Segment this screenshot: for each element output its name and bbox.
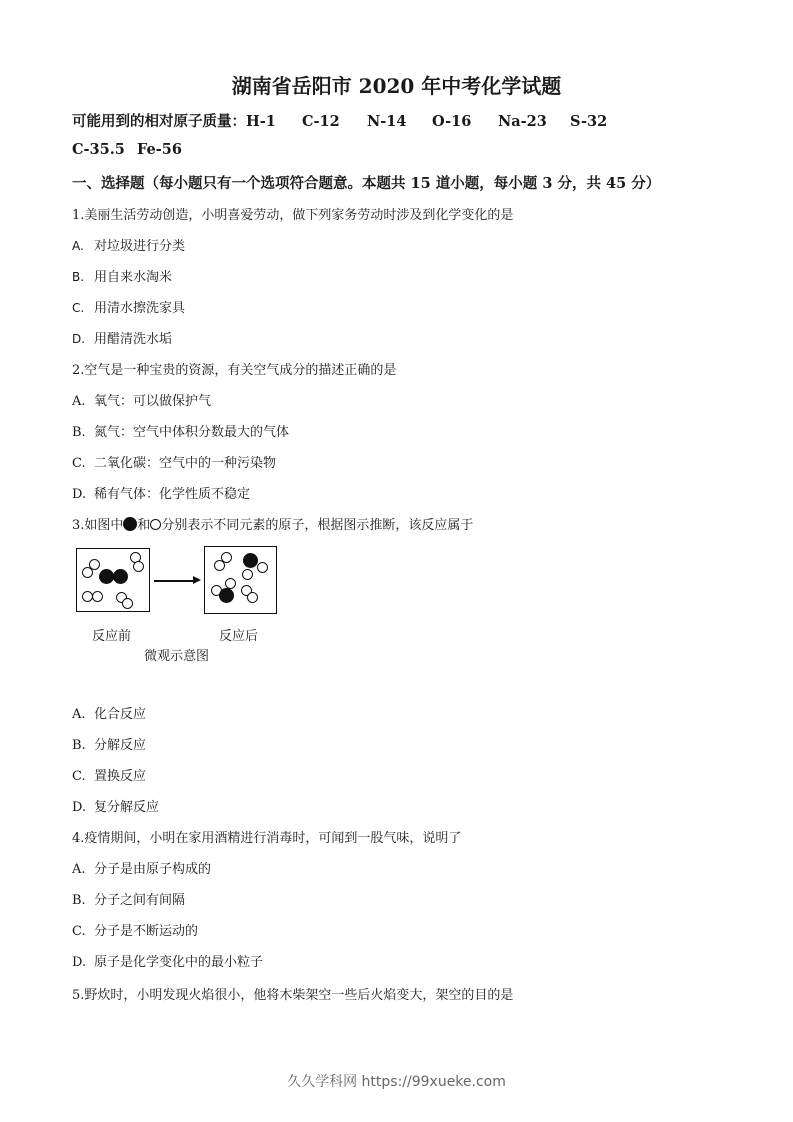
question-2-option-c[interactable]: C.二氧化碳：空气中的一种污染物 xyxy=(72,452,276,471)
question-4-option-b[interactable]: B.分子之间有间隔 xyxy=(72,889,185,908)
after-reaction-box xyxy=(204,546,277,614)
question-5-stem: 5.野炊时，小明发现火焰很小，他将木柴架空一些后火焰变大，架空的目的是 xyxy=(72,984,513,1003)
before-label: 反应前 xyxy=(92,625,131,644)
white-atom-icon xyxy=(133,561,144,572)
question-3-option-c[interactable]: C.置换反应 xyxy=(72,765,146,784)
atomic-mass-value: Fe-56 xyxy=(137,141,182,158)
atomic-mass-value: H-1 xyxy=(246,113,302,130)
question-1-option-b[interactable]: B.用自来水淘米 xyxy=(72,266,172,285)
white-atom-icon xyxy=(247,592,258,603)
black-atom-icon xyxy=(123,517,137,531)
black-atom-icon xyxy=(113,569,128,584)
question-2-stem: 2.空气是一种宝贵的资源，有关空气成分的描述正确的是 xyxy=(72,359,396,378)
question-2-option-d[interactable]: D.稀有气体：化学性质不稳定 xyxy=(72,483,250,502)
atomic-mass-row-2: C-35.5Fe-56 xyxy=(72,141,182,158)
reaction-arrow xyxy=(154,580,194,582)
white-atom-icon xyxy=(150,519,161,530)
atomic-mass-value: C-35.5 xyxy=(72,141,137,158)
white-atom-icon xyxy=(257,562,268,573)
atomic-mass-value: Na-23 xyxy=(498,113,570,130)
question-1-stem: 1.美丽生活劳动创造，小明喜爱劳动，做下列家务劳动时涉及到化学变化的是 xyxy=(72,204,513,223)
atomic-mass-value: O-16 xyxy=(432,113,498,130)
atomic-mass-row-1: 可能用到的相对原子质量：H-1C-12N-14O-16Na-23S-32 xyxy=(72,110,607,131)
question-1-option-d[interactable]: D.用醋清洗水垢 xyxy=(72,328,172,347)
arrow-head-icon xyxy=(193,576,201,584)
question-4-option-d[interactable]: D.原子是化学变化中的最小粒子 xyxy=(72,951,263,970)
section-heading: 一、选择题（每小题只有一个选项符合题意。本题共 15 道小题，每小题 3 分，共… xyxy=(72,172,660,193)
question-3-stem: 3.如图中和分别表示不同元素的原子，根据图示推断，该反应属于 xyxy=(72,514,473,533)
question-2-option-a[interactable]: A.氧气：可以做保护气 xyxy=(72,390,211,409)
question-1-option-a[interactable]: A.对垃圾进行分类 xyxy=(72,235,185,254)
footer-watermark: 久久学科网 https://99xueke.com xyxy=(0,1071,793,1091)
white-atom-icon xyxy=(122,598,133,609)
question-3-option-d[interactable]: D.复分解反应 xyxy=(72,796,159,815)
diagram-caption: 微观示意图 xyxy=(144,645,209,664)
before-reaction-box xyxy=(76,548,150,612)
question-4-option-c[interactable]: C.分子是不断运动的 xyxy=(72,920,198,939)
question-4-option-a[interactable]: A.分子是由原子构成的 xyxy=(72,858,211,877)
white-atom-icon xyxy=(214,560,225,571)
white-atom-icon xyxy=(92,591,103,602)
question-3-option-a[interactable]: A.化合反应 xyxy=(72,703,146,722)
atomic-mass-value: S-32 xyxy=(570,113,607,130)
atomic-mass-value: N-14 xyxy=(367,113,432,130)
black-atom-icon xyxy=(243,553,258,568)
black-atom-icon xyxy=(99,569,114,584)
after-label: 反应后 xyxy=(219,625,258,644)
page-title: 湖南省岳阳市 2020 年中考化学试题 xyxy=(0,70,793,99)
question-3-option-b[interactable]: B.分解反应 xyxy=(72,734,146,753)
atomic-mass-label: 可能用到的相对原子质量： xyxy=(72,110,246,131)
question-2-option-b[interactable]: B.氮气：空气中体积分数最大的气体 xyxy=(72,421,289,440)
atomic-mass-value: C-12 xyxy=(302,113,367,130)
question-1-option-c[interactable]: C.用清水擦洗家具 xyxy=(72,297,185,316)
black-atom-icon xyxy=(219,588,234,603)
white-atom-icon xyxy=(82,567,93,578)
white-atom-icon xyxy=(242,569,253,580)
question-4-stem: 4.疫情期间，小明在家用酒精进行消毒时，可闻到一股气味，说明了 xyxy=(72,827,461,846)
